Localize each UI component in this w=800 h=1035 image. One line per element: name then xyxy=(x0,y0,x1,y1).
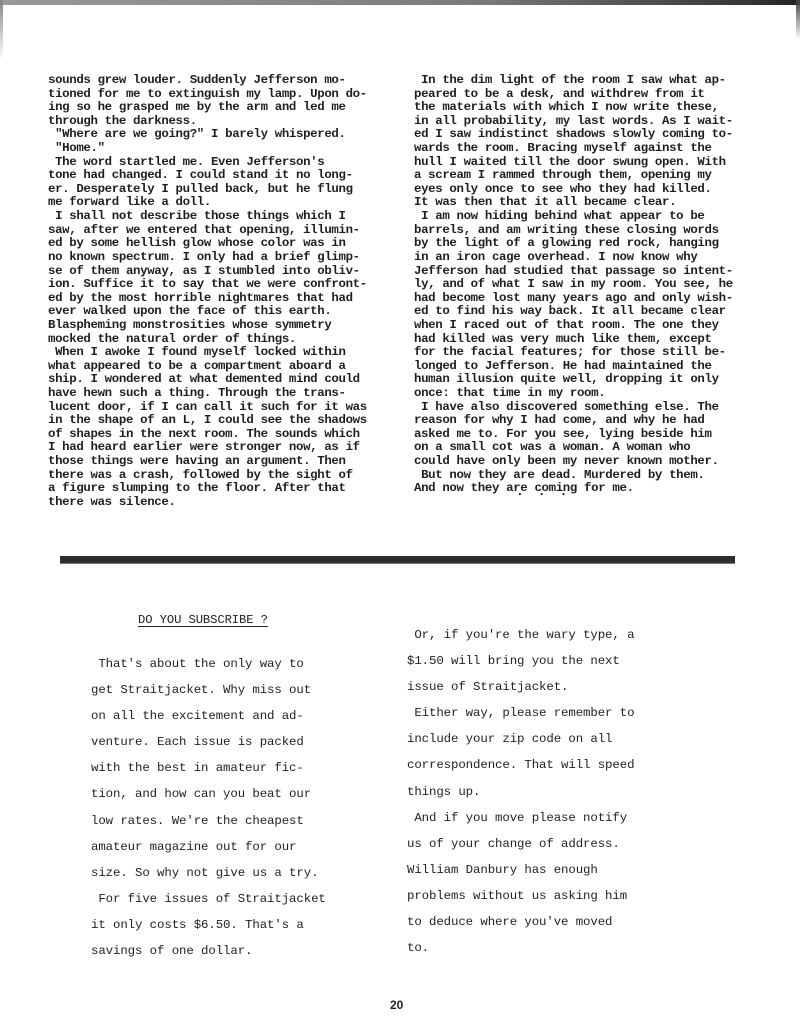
text-line: eyes only once to see who they had kille… xyxy=(414,183,779,197)
text-line: William Danbury has enough xyxy=(407,857,707,883)
text-line: But now they are dead. Murdered by them. xyxy=(414,469,779,483)
text-line: That's about the only way to xyxy=(91,651,391,677)
text-line: ship. I wondered at what demented mind c… xyxy=(48,373,403,387)
text-line: human illusion quite well, dropping it o… xyxy=(414,373,779,387)
text-line: what appeared to be a compartment aboard… xyxy=(48,360,403,374)
text-line: Blaspheming monstrosities whose symmetry xyxy=(48,319,403,333)
text-line: "Home." xyxy=(48,142,403,156)
text-line: ion. Suffice it to say that we were conf… xyxy=(48,278,403,292)
text-line: ed to find his way back. It all became c… xyxy=(414,305,779,319)
text-line: of shapes in the next room. The sounds w… xyxy=(48,428,403,442)
text-line: ed I saw indistinct shadows slowly comin… xyxy=(414,128,779,142)
text-line: to. xyxy=(407,935,707,961)
text-line: size. So why not give us a try. xyxy=(91,860,391,886)
text-line: Jefferson had studied that passage so in… xyxy=(414,265,779,279)
text-line: correspondence. That will speed xyxy=(407,752,707,778)
text-line: us of your change of address. xyxy=(407,831,707,857)
text-line: things up. xyxy=(407,779,707,805)
text-line: issue of Straitjacket. xyxy=(407,674,707,700)
text-line: on a small cot was a woman. A woman who xyxy=(414,441,779,455)
text-line: Or, if you're the wary type, a xyxy=(407,622,707,648)
text-line: it only costs $6.50. That's a xyxy=(91,912,391,938)
text-line: lucent door, if I can call it such for i… xyxy=(48,401,403,415)
text-line: tioned for me to extinguish my lamp. Upo… xyxy=(48,88,403,102)
text-line: tion, and how can you beat our xyxy=(91,781,391,807)
scan-edge-top xyxy=(0,0,800,5)
text-line: those things were having an argument. Th… xyxy=(48,455,403,469)
text-line: sounds grew louder. Suddenly Jefferson m… xyxy=(48,74,403,88)
text-line: se of them anyway, as I stumbled into ob… xyxy=(48,265,403,279)
text-line: on all the excitement and ad- xyxy=(91,703,391,729)
text-line: reason for why I had come, and why he ha… xyxy=(414,414,779,428)
text-line: The word startled me. Even Jefferson's xyxy=(48,156,403,170)
text-line: mocked the natural order of things. xyxy=(48,333,403,347)
scan-edge-left xyxy=(0,0,3,60)
text-line: savings of one dollar. xyxy=(91,938,391,964)
text-line: In the dim light of the room I saw what … xyxy=(414,74,779,88)
scan-edge-right xyxy=(796,0,800,40)
text-line: wards the room. Bracing myself against t… xyxy=(414,142,779,156)
text-line: there was a crash, followed by the sight… xyxy=(48,469,403,483)
text-line: ly, and of what I saw in my room. You se… xyxy=(414,278,779,292)
text-line: It was then that it all became clear. xyxy=(414,196,779,210)
text-line: no known spectrum. I only had a brief gl… xyxy=(48,251,403,265)
text-line: I am now hiding behind what appear to be xyxy=(414,210,779,224)
text-line: the materials with which I now write the… xyxy=(414,101,779,115)
text-line: me forward like a doll. xyxy=(48,196,403,210)
text-line: longed to Jefferson. He had maintained t… xyxy=(414,360,779,374)
text-line: through the darkness. xyxy=(48,115,403,129)
section-divider xyxy=(60,556,735,563)
text-line: get Straitjacket. Why miss out xyxy=(91,677,391,703)
text-line: er. Desperately I pulled back, but he fl… xyxy=(48,183,403,197)
text-line: tone had changed. I could stand it no lo… xyxy=(48,169,403,183)
text-line: a figure slumping to the floor. After th… xyxy=(48,482,403,496)
text-line: in all probability, my last words. As I … xyxy=(414,115,779,129)
text-line: by the light of a glowing red rock, hang… xyxy=(414,237,779,251)
subscription-heading: DO YOU SUBSCRIBE ? xyxy=(138,612,268,628)
text-line: $1.50 will bring you the next xyxy=(407,648,707,674)
story-right-column: In the dim light of the room I saw what … xyxy=(414,74,779,496)
text-line: have hewn such a thing. Through the tran… xyxy=(48,387,403,401)
text-line: to deduce where you've moved xyxy=(407,909,707,935)
text-line: saw, after we entered that opening, illu… xyxy=(48,224,403,238)
text-line: I have also discovered something else. T… xyxy=(414,401,779,415)
text-line: include your zip code on all xyxy=(407,726,707,752)
text-line: in the shape of an L, I could see the sh… xyxy=(48,414,403,428)
page-number: 20 xyxy=(390,998,403,1012)
text-line: ed by some hellish glow whose color was … xyxy=(48,237,403,251)
text-line: peared to be a desk, and withdrew from i… xyxy=(414,88,779,102)
subscription-right-column: Or, if you're the wary type, a$1.50 will… xyxy=(407,622,707,961)
text-line: And if you move please notify xyxy=(407,805,707,831)
story-left-column: sounds grew louder. Suddenly Jefferson m… xyxy=(48,74,403,510)
story-end-mark: ... xyxy=(516,484,581,499)
text-line: When I awoke I found myself locked withi… xyxy=(48,346,403,360)
text-line: had become lost many years ago and only … xyxy=(414,292,779,306)
text-line: for the facial features; for those still… xyxy=(414,346,779,360)
text-line: Either way, please remember to xyxy=(407,700,707,726)
text-line: asked me to. For you see, lying beside h… xyxy=(414,428,779,442)
text-line: barrels, and am writing these closing wo… xyxy=(414,224,779,238)
text-line: I had heard earlier were stronger now, a… xyxy=(48,441,403,455)
text-line: ing so he grasped me by the arm and led … xyxy=(48,101,403,115)
text-line: "Where are we going?" I barely whispered… xyxy=(48,128,403,142)
text-line: could have only been my never known moth… xyxy=(414,455,779,469)
text-line: venture. Each issue is packed xyxy=(91,729,391,755)
text-line: ed by the most horrible nightmares that … xyxy=(48,292,403,306)
text-line: For five issues of Straitjacket xyxy=(91,886,391,912)
text-line: I shall not describe those things which … xyxy=(48,210,403,224)
text-line: problems without us asking him xyxy=(407,883,707,909)
subscription-left-column: That's about the only way toget Straitja… xyxy=(91,651,391,964)
text-line: with the best in amateur fic- xyxy=(91,755,391,781)
text-line: amateur magazine out for our xyxy=(91,834,391,860)
text-line: hull I waited till the door swung open. … xyxy=(414,156,779,170)
text-line: when I raced out of that room. The one t… xyxy=(414,319,779,333)
text-line: had killed was very much like them, exce… xyxy=(414,333,779,347)
text-line: a scream I rammed through them, opening … xyxy=(414,169,779,183)
text-line: And now they are coming for me. xyxy=(414,482,779,496)
text-line: there was silence. xyxy=(48,496,403,510)
text-line: in an iron cage overhead. I now know why xyxy=(414,251,779,265)
text-line: ever walked upon the face of this earth. xyxy=(48,305,403,319)
text-line: low rates. We're the cheapest xyxy=(91,808,391,834)
text-line: once: that time in my room. xyxy=(414,387,779,401)
